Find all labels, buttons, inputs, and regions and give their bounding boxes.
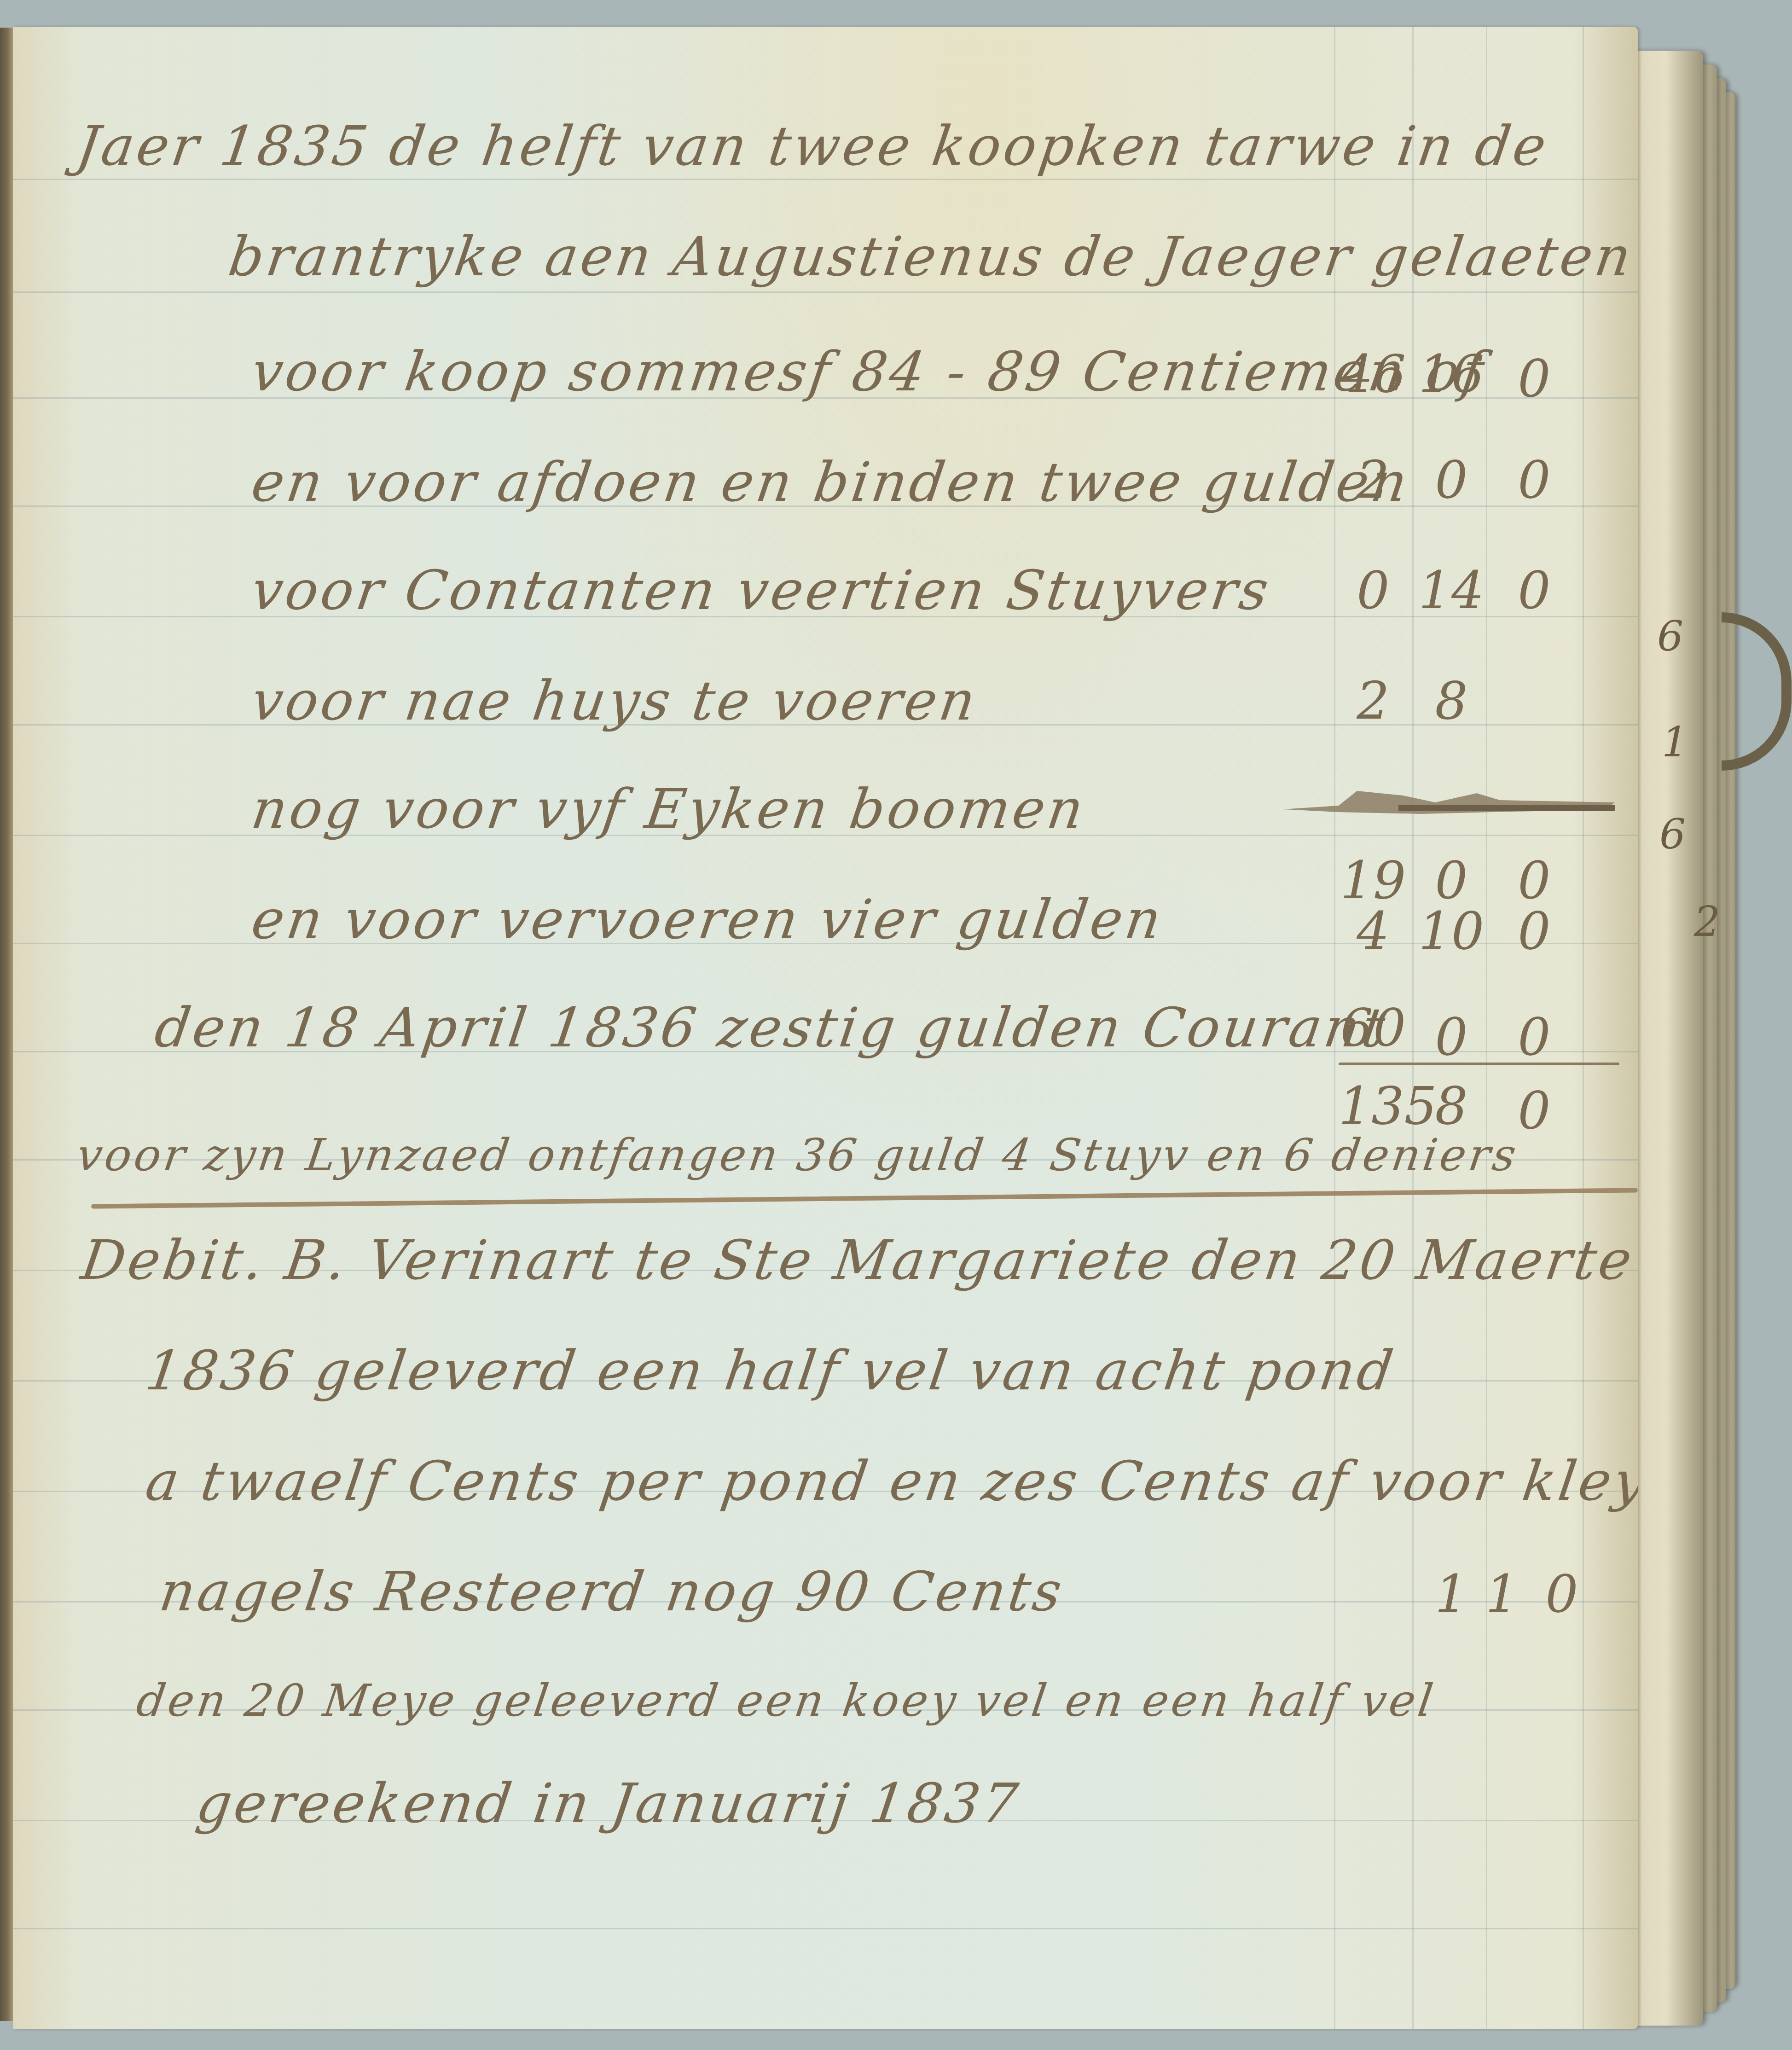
amount-deniers: 0 bbox=[1500, 450, 1569, 510]
ledger-line: nagels Resteerd nog 90 Cents bbox=[156, 1560, 1068, 1623]
total-guilders: 135 bbox=[1339, 1076, 1408, 1136]
edge-mark: 6 bbox=[1659, 810, 1686, 859]
amount-deniers: 0 bbox=[1500, 1007, 1569, 1067]
ledger-line: a twaelf Cents per pond en zes Cents af … bbox=[142, 1449, 1638, 1513]
amount-guilders: 46 bbox=[1339, 344, 1408, 404]
amount-guilders: 60 bbox=[1339, 998, 1408, 1058]
ledger-line: brantryke aen Augustienus de Jaeger gela… bbox=[225, 225, 1638, 288]
binding-string bbox=[1722, 612, 1792, 771]
amount-guilders: 2 bbox=[1339, 671, 1408, 731]
ledger-line: en voor vervoeren vier gulden bbox=[248, 888, 1167, 951]
amount-stuivers: 0 bbox=[1417, 450, 1486, 510]
edge-mark: 6 bbox=[1657, 612, 1683, 661]
ink-blot-strikethrough bbox=[1283, 782, 1615, 823]
book-gutter bbox=[0, 28, 13, 2021]
section-divider bbox=[91, 1188, 1638, 1208]
amount-deniers: 0 bbox=[1500, 349, 1569, 409]
ledger-line: den 18 April 1836 zestig gulden Courant bbox=[151, 996, 1391, 1059]
ledger-line: nog voor vyf Eyken boomen bbox=[248, 777, 1090, 841]
amount-stuivers: 8 bbox=[1417, 671, 1486, 731]
amount-guilders: 4 bbox=[1339, 901, 1408, 961]
edge-mark: 2 bbox=[1694, 898, 1720, 946]
ledger-line: voor Contanten veertien Stuyvers bbox=[248, 558, 1275, 622]
amount-guilders: 0 bbox=[1339, 561, 1408, 621]
edge-mark: 1 bbox=[1662, 718, 1688, 767]
total-deniers: 0 bbox=[1500, 1081, 1569, 1141]
amount-guilders: 2 bbox=[1339, 450, 1408, 510]
ledger-page: Jaer 1835 de helft van twee koopken tarw… bbox=[13, 27, 1638, 2029]
ledger-line: voor koop sommesf 84 - 89 Centiemen of bbox=[248, 340, 1489, 403]
total-stuivers: 8 bbox=[1417, 1076, 1486, 1136]
ledger-line: 1836 geleverd een half vel van acht pond bbox=[142, 1339, 1399, 1402]
ledger-line: Debit. B. Verinart te Ste Margariete den… bbox=[77, 1228, 1638, 1292]
ledger-line: gereekend in Januarij 1837 bbox=[192, 1771, 1024, 1835]
amount-stuivers: 0 bbox=[1417, 1007, 1486, 1067]
amount-deniers: 0 bbox=[1527, 1564, 1596, 1624]
ledger-line: den 20 Meye geleeverd een koey vel en ee… bbox=[133, 1675, 1439, 1726]
amount-stuivers: 14 bbox=[1417, 561, 1486, 621]
amount-stuivers: 10 bbox=[1417, 901, 1486, 961]
ledger-line: voor nae huys te voeren bbox=[248, 669, 982, 732]
amount-stuivers: 16 bbox=[1417, 344, 1486, 404]
amount-deniers: 0 bbox=[1500, 901, 1569, 961]
ledger-line: en voor afdoen en binden twee gulden bbox=[248, 450, 1414, 514]
sum-line bbox=[1339, 1063, 1619, 1065]
amount-deniers: 0 bbox=[1500, 561, 1569, 621]
ledger-line: voor zyn Lynzaed ontfangen 36 guld 4 Stu… bbox=[74, 1129, 1522, 1181]
ledger-line: Jaer 1835 de helft van twee koopken tarw… bbox=[73, 114, 1553, 178]
amount-stuivers: 1 bbox=[1467, 1564, 1537, 1624]
